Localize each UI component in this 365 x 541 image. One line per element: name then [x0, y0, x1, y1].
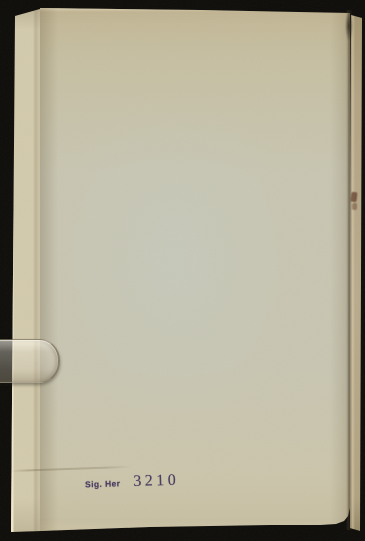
book-page — [0, 0, 365, 541]
stamp-number: 3210 — [133, 472, 179, 491]
ink-stain — [350, 192, 357, 203]
gutter-crease — [346, 10, 352, 530]
book-holder-clip — [0, 339, 60, 383]
ink-stain — [352, 203, 357, 210]
shelfmark-stamp: Sig. Her 3210 — [85, 472, 180, 493]
gutter-smudge — [345, 11, 353, 41]
stamp-label: Sig. Her — [85, 478, 121, 489]
book-scan: Sig. Her 3210 — [0, 0, 365, 541]
